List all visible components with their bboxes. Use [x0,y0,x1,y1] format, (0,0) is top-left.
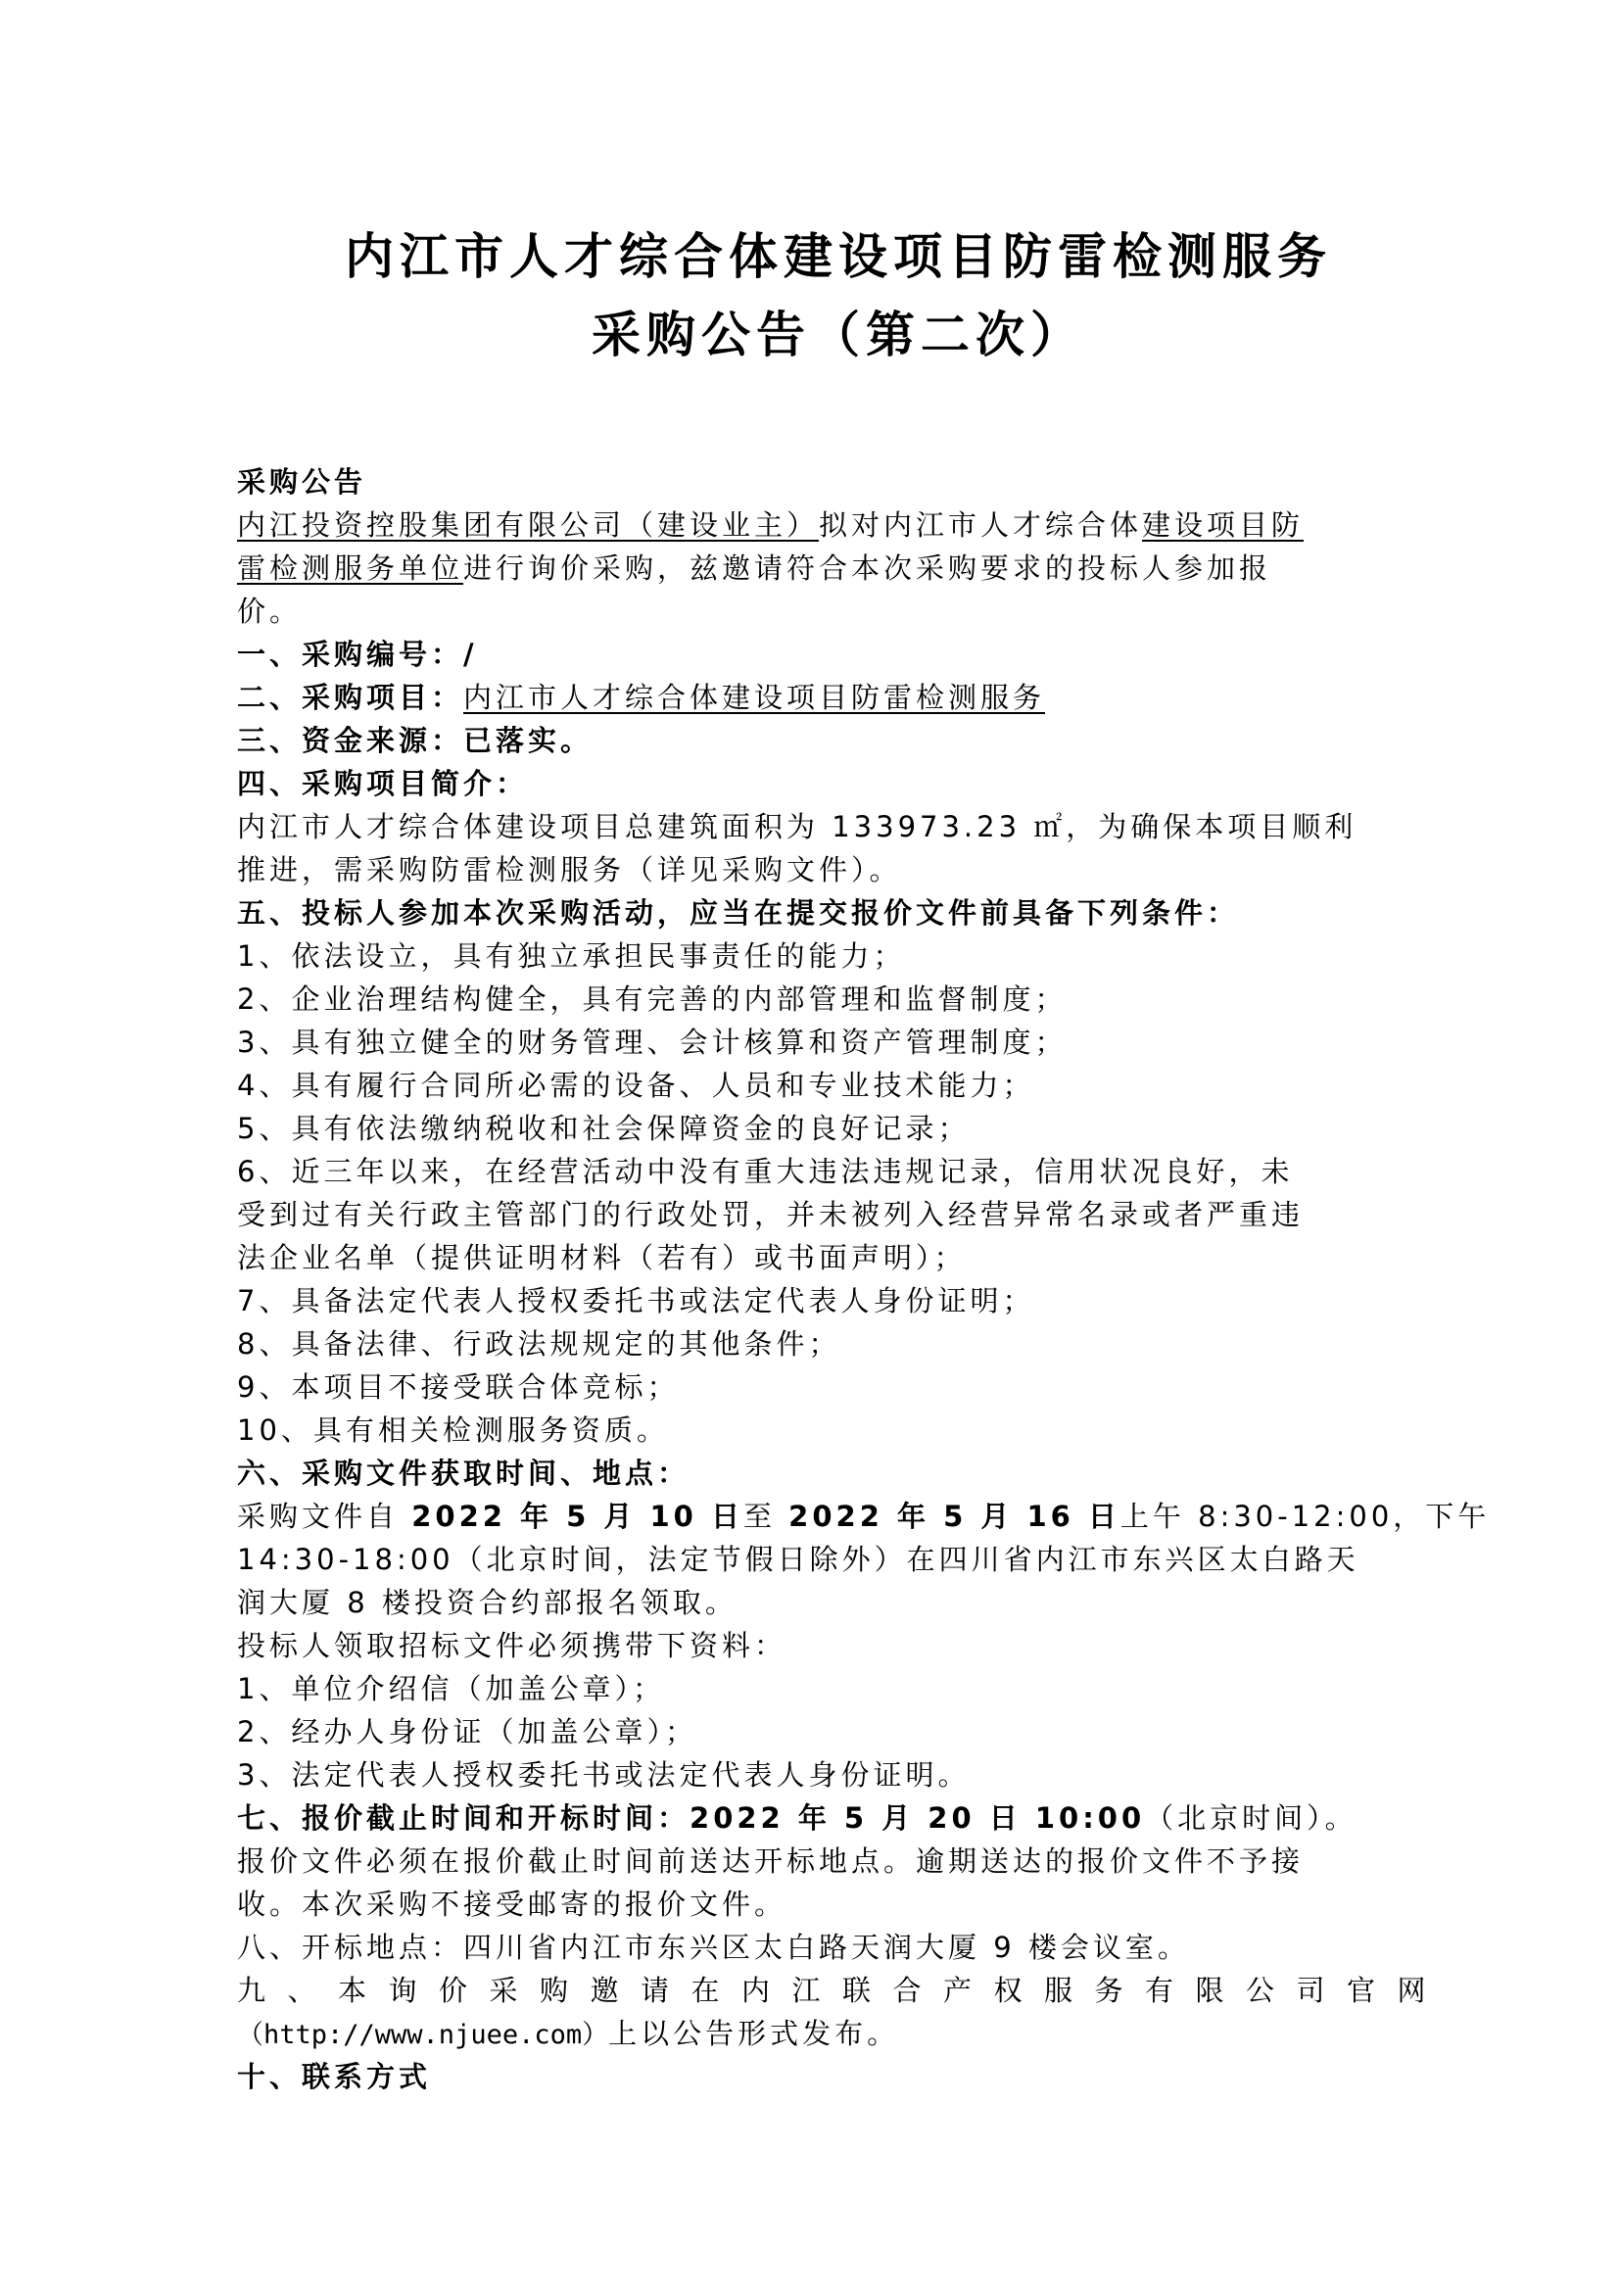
time-range: 上午 8:30-12:00，下午 [1120,1500,1490,1533]
section-3-label: 三、资金来源： [237,724,463,757]
procurement-project: 内江市人才综合体建设项目防雷检测服务 [463,681,1045,714]
section-3: 三、资金来源：已落实。 [237,719,1383,762]
project-name-part1: 建设项目防 [1142,508,1304,542]
website-link[interactable]: （http://www.njuee.com） [237,2020,608,2050]
section-6-label: 六、采购文件获取时间、地点： [237,1452,1383,1495]
section-7: 七、报价截止时间和开标时间：2022 年 5 月 20 日 10:00（北京时间… [237,1796,1383,1840]
condition-item: 1、依法设立，具有独立承担民事责任的能力； [237,934,1383,978]
section-heading: 采购公告 [237,460,1383,503]
document-title-line2: 采购公告（第二次） [29,296,1618,366]
owner-name: 内江投资控股集团有限公司（建设业主） [237,508,819,542]
section-6-line-1: 采购文件自 2022 年 5 月 10 日至 2022 年 5 月 16 日上午… [237,1495,1383,1538]
section-6-line-3: 润大厦 8 楼投资合约部报名领取。 [237,1581,1383,1624]
condition-item: 9、本项目不接受联合体竞标； [237,1365,1383,1409]
intro-line-3: 价。 [237,590,1383,633]
section-1-label: 一、采购编号： [237,638,463,671]
section-4-line-1: 内江市人才综合体建设项目总建筑面积为 133973.23 ㎡，为确保本项目顺利 [237,805,1383,848]
section-9-line-2: （http://www.njuee.com）上以公告形式发布。 [237,2012,1383,2055]
end-date: 2022 年 5 月 16 日 [788,1500,1120,1533]
section-1: 一、采购编号：/ [237,633,1383,676]
material-item: 3、法定代表人授权委托书或法定代表人身份证明。 [237,1753,1383,1796]
materials-label: 投标人领取招标文件必须携带下资料： [237,1624,1383,1667]
intro-line-2: 雷检测服务单位进行询价采购，兹邀请符合本次采购要求的投标人参加报 [237,547,1383,590]
section-8: 八、开标地点：四川省内江市东兴区太白路天润大厦 9 楼会议室。 [237,1926,1383,1969]
intro-text-2: 进行询价采购，兹邀请符合本次采购要求的投标人参加报 [463,551,1271,585]
section-10-label: 十、联系方式 [237,2055,1383,2098]
text: 上以公告形式发布。 [608,2017,899,2050]
section-9-line-1: 九、本询价采购邀请在内江联合产权服务有限公司官网 [237,1969,1383,2012]
fund-source: 已落实。 [463,724,593,757]
deadline: 2022 年 5 月 20 日 10:00 [690,1801,1145,1835]
section-6-line-2: 14:30-18:00（北京时间，法定节假日除外）在四川省内江市东兴区太白路天 [237,1538,1383,1581]
condition-item: 2、企业治理结构健全，具有完善的内部管理和监督制度； [237,978,1383,1021]
text: 采购文件自 [237,1500,411,1533]
section-7-label: 七、报价截止时间和开标时间： [237,1801,690,1835]
document-body: 采购公告 内江投资控股集团有限公司（建设业主）拟对内江市人才综合体建设项目防 雷… [237,460,1383,2098]
section-2: 二、采购项目：内江市人才综合体建设项目防雷检测服务 [237,676,1383,719]
material-item: 2、经办人身份证（加盖公章）； [237,1710,1383,1753]
section-7-line-2: 报价文件必须在报价截止时间前送达开标地点。逾期送达的报价文件不予接 [237,1840,1383,1883]
condition-item-cont: 受到过有关行政主管部门的行政处罚，并未被列入经营异常名录或者严重违 [237,1193,1383,1236]
project-name-part2: 雷检测服务单位 [237,551,463,585]
condition-item: 10、具有相关检测服务资质。 [237,1409,1383,1452]
document-title-line1: 内江市人才综合体建设项目防雷检测服务 [29,217,1618,288]
condition-item-cont: 法企业名单（提供证明材料（若有）或书面声明）； [237,1236,1383,1279]
condition-item: 4、具有履行合同所必需的设备、人员和专业技术能力； [237,1064,1383,1107]
timezone-note: （北京时间）。 [1145,1801,1357,1835]
section-2-label: 二、采购项目： [237,681,463,714]
section-4-label: 四、采购项目简介： [237,762,1383,805]
material-item: 1、单位介绍信（加盖公章）； [237,1667,1383,1710]
condition-item: 7、具备法定代表人授权委托书或法定代表人身份证明； [237,1279,1383,1322]
text: 至 [743,1500,788,1533]
intro-line-1: 内江投资控股集团有限公司（建设业主）拟对内江市人才综合体建设项目防 [237,503,1383,547]
condition-item: 6、近三年以来，在经营活动中没有重大违法违规记录，信用状况良好，未 [237,1150,1383,1193]
condition-item: 3、具有独立健全的财务管理、会计核算和资产管理制度； [237,1021,1383,1064]
start-date: 2022 年 5 月 10 日 [411,1500,743,1533]
section-4-line-2: 推进，需采购防雷检测服务（详见采购文件）。 [237,848,1383,891]
section-5-label: 五、投标人参加本次采购活动，应当在提交报价文件前具备下列条件： [237,891,1383,934]
condition-item: 8、具备法律、行政法规规定的其他条件； [237,1322,1383,1365]
condition-item: 5、具有依法缴纳税收和社会保障资金的良好记录； [237,1107,1383,1150]
intro-text: 拟对内江市人才综合体 [819,508,1142,542]
procurement-number: / [463,638,478,671]
section-7-line-3: 收。本次采购不接受邮寄的报价文件。 [237,1883,1383,1926]
